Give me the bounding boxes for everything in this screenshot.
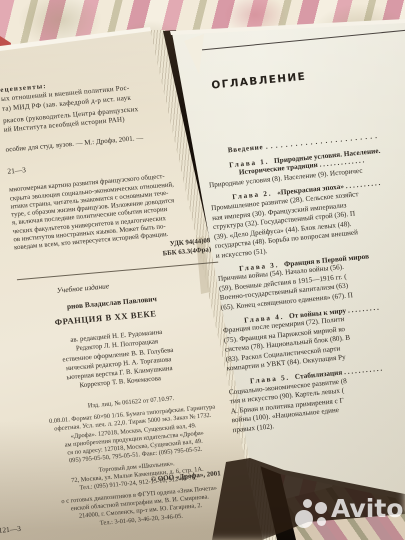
- imprint-block: Изд. лиц. № 061622 от 07.10.97.0.08.01. …: [28, 390, 244, 534]
- toc-heading: ОГЛАВЛЕНИЕ: [211, 58, 405, 92]
- edition-note: Учебное издание: [18, 278, 148, 298]
- avito-watermark: Avito: [295, 497, 401, 537]
- toc-list: Введение . . . . . . . . . . . . . . . .…: [205, 126, 405, 436]
- avito-logo-icon: [317, 517, 326, 526]
- avito-logo-icon: [315, 502, 327, 514]
- avito-logo-icon: [303, 499, 312, 508]
- credits-block: ав. редакцией Н. Е. РудомазинаРедактор Л…: [22, 324, 214, 396]
- avito-label: Avito: [331, 494, 403, 523]
- avito-logo-icon: [295, 510, 313, 528]
- book-photo-scene: ецензенты:ых отношений и внешней политик…: [0, 0, 405, 540]
- toc-page-text: ОГЛАВЛЕНИЕ Введение . . . . . . . . . . …: [196, 27, 405, 436]
